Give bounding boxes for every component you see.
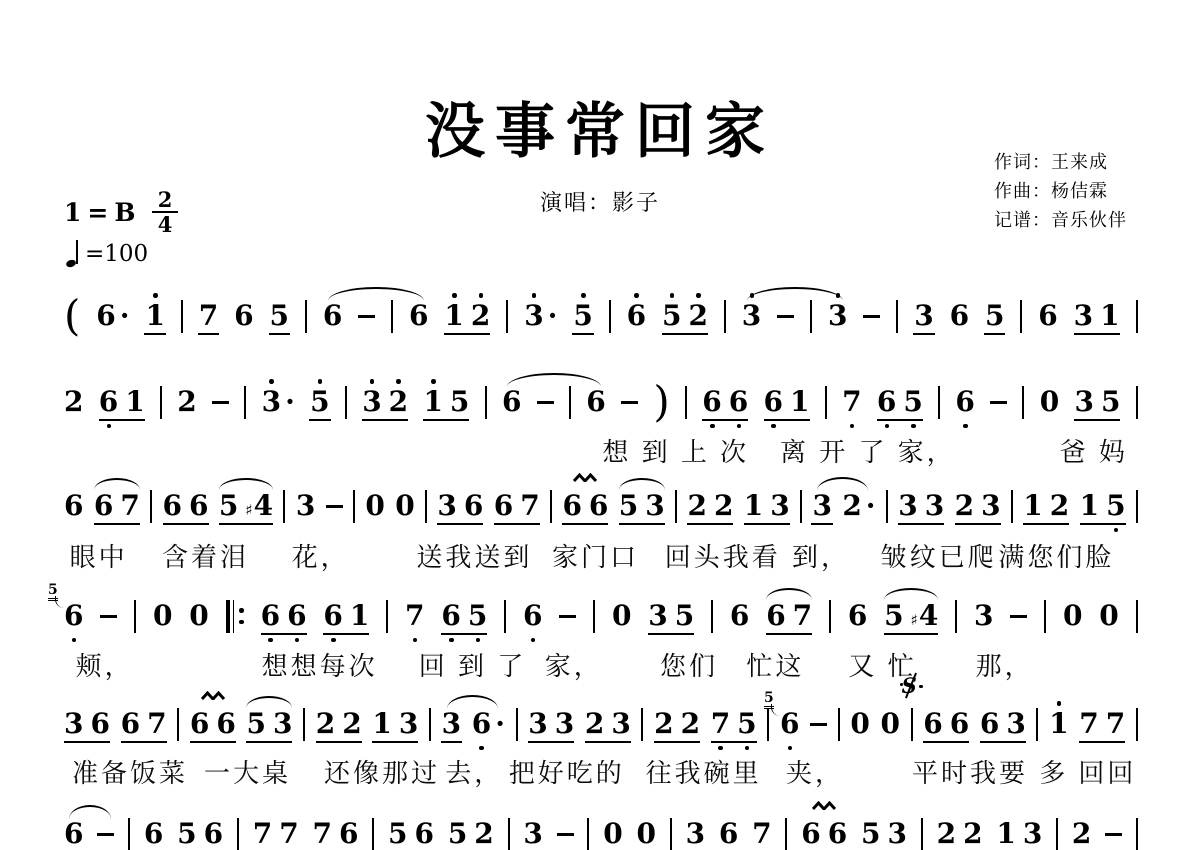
note-digit: 6 <box>494 491 513 521</box>
note: 6 <box>729 387 748 417</box>
note: 3 <box>437 491 456 521</box>
beam-group: 76 <box>312 819 358 849</box>
note-digit: 0 <box>1040 387 1059 417</box>
lyric-text: 忙这 <box>746 646 804 683</box>
octave-dot-low <box>268 638 273 643</box>
sharp-icon: ♯ <box>911 611 918 629</box>
note: 7 <box>1106 709 1125 739</box>
tie-arc <box>817 477 869 491</box>
note-digit: 7 <box>199 301 218 331</box>
bar-line <box>609 300 611 333</box>
dash-note <box>990 401 1007 404</box>
note: 0 <box>880 709 899 739</box>
note: 2 <box>64 387 83 417</box>
eighth-underline <box>121 741 167 743</box>
note-digit: 1 <box>1023 491 1042 521</box>
note: 3 <box>898 491 917 521</box>
note-digit: 6 <box>950 301 969 331</box>
note: 7 <box>1079 709 1098 739</box>
dash-note <box>537 401 554 404</box>
octave-dot-low <box>295 638 300 643</box>
note-digit: 3 <box>1023 819 1042 849</box>
beam-group: 33 <box>898 491 944 521</box>
tie-arc <box>507 373 601 387</box>
beam-group: 66 <box>923 709 969 739</box>
note-digit: 6 <box>64 491 83 521</box>
bar-line <box>550 490 552 523</box>
note-digit: 7 <box>520 491 539 521</box>
octave-dot-low <box>413 638 418 643</box>
octave-dot-low <box>911 424 916 429</box>
note: 2 <box>955 491 974 521</box>
bar-line <box>150 490 152 523</box>
tie-arc <box>447 695 499 709</box>
eighth-underline <box>572 333 593 335</box>
note-digit: 5 <box>675 601 694 631</box>
slur-arc <box>246 696 292 708</box>
note: 0 <box>395 491 414 521</box>
note-digit: 6 <box>766 601 785 631</box>
beam-group: 12 <box>444 301 490 331</box>
tremolo-icon <box>573 473 597 482</box>
note: 6 <box>415 819 434 849</box>
note: 6 <box>261 601 280 631</box>
note-digit: 1 <box>790 387 809 417</box>
note-digit: 6 <box>472 709 491 739</box>
note: 1 <box>350 601 369 631</box>
beam-group: 22 <box>316 709 362 739</box>
note-digit: 6 <box>780 709 799 739</box>
beam-group: 22 <box>687 491 733 521</box>
note-digit: 2 <box>937 819 956 849</box>
beam-group: 13 <box>996 819 1042 849</box>
beam-group: 61 <box>323 601 369 631</box>
beam-group: 33 <box>528 709 574 739</box>
note: 7 <box>279 819 298 849</box>
octave-dot-low <box>771 424 776 429</box>
beam-group: 66 <box>801 819 847 849</box>
note-digit: 2 <box>64 387 83 417</box>
dash-note <box>212 401 229 404</box>
bar-line <box>516 708 518 741</box>
note-digit: 1 <box>744 491 763 521</box>
note: 6· <box>96 301 129 331</box>
bar-line <box>1056 818 1058 850</box>
note: 5 <box>450 387 469 417</box>
note: 3 <box>399 709 418 739</box>
eighth-underline <box>198 333 219 335</box>
note-digit: 3 <box>888 819 907 849</box>
note-digit: 2 <box>689 301 708 331</box>
close-paren: ) <box>653 384 669 420</box>
eighth-underline <box>764 419 810 421</box>
note-digit: 3 <box>828 301 847 331</box>
octave-dot-high <box>431 379 436 384</box>
bar-line <box>767 708 769 741</box>
beam-group: 15 <box>1080 491 1126 521</box>
note: 3 <box>442 709 461 739</box>
note: 2 <box>585 709 604 739</box>
note: 6 <box>848 601 867 631</box>
note-digit: 6 <box>415 819 434 849</box>
beam-group: 75 <box>711 709 757 739</box>
note: 5 <box>903 387 922 417</box>
beam-group: 66 <box>190 709 236 739</box>
lyric-text: 往我碗里 <box>646 753 762 790</box>
eighth-underline <box>662 333 708 335</box>
beam-group: 31 <box>1074 301 1120 331</box>
lyric-text: 花， <box>292 537 350 574</box>
note-digit: 5 <box>985 301 1004 331</box>
beam-group: 36 <box>437 491 483 521</box>
note: 5 <box>448 819 467 849</box>
eighth-underline <box>744 523 790 525</box>
beam-group: 52 <box>662 301 708 331</box>
key-letter: B <box>114 198 135 227</box>
note: 7 <box>147 709 166 739</box>
lyric-text: 满您们脸 <box>998 537 1114 574</box>
eighth-underline <box>362 419 408 421</box>
note-digit: 4 <box>919 601 938 631</box>
octave-dot-low <box>531 638 536 643</box>
note-digit: 3 <box>611 709 630 739</box>
composer-credit: 作曲：杨佶霖 <box>994 177 1127 206</box>
note: 6 <box>730 601 749 631</box>
note: 6 <box>287 601 306 631</box>
note-digit: 5 <box>450 387 469 417</box>
note: 2 <box>342 709 361 739</box>
eighth-underline <box>323 633 369 635</box>
tie-arc <box>747 287 843 301</box>
note: 2 <box>1050 491 1069 521</box>
lyric-text: 回头我看 <box>665 537 781 574</box>
note-digit: 6 <box>94 491 113 521</box>
octave-dot-high <box>318 379 323 384</box>
bar-line <box>181 300 183 333</box>
note-digit: 5 <box>573 301 592 331</box>
grace-slur <box>771 704 780 716</box>
note-digit: 6 <box>204 819 223 849</box>
octave-dot-low <box>72 638 77 643</box>
eighth-underline <box>261 633 307 635</box>
beam-group: 66 <box>261 601 307 631</box>
lyric-text: 多 回回 <box>1039 753 1136 790</box>
note: 6 <box>562 491 581 521</box>
note: 0 <box>365 491 384 521</box>
note-digit: 0 <box>189 601 208 631</box>
note: 6 <box>204 819 223 849</box>
bar-line <box>785 818 787 850</box>
key-tonic: 1 <box>64 198 81 227</box>
note: 6 <box>828 819 847 849</box>
note: 6 <box>1038 301 1057 331</box>
tempo-marking: =100 <box>66 240 148 267</box>
eighth-underline <box>1074 333 1120 335</box>
lyricist-credit: 作词：王来成 <box>994 148 1127 177</box>
bar-line <box>593 600 595 633</box>
note: 6 <box>877 387 896 417</box>
tremolo-icon <box>201 691 225 700</box>
eighth-underline <box>219 523 273 525</box>
eighth-underline <box>1080 523 1126 525</box>
note: 3 <box>611 709 630 739</box>
note: 6 <box>99 387 118 417</box>
note-digit: 3 <box>925 491 944 521</box>
bar-line <box>670 818 672 850</box>
note-digit: 6 <box>464 491 483 521</box>
note: 2 <box>681 709 700 739</box>
note-digit: 6 <box>261 601 280 631</box>
note-digit: 5 <box>177 819 196 849</box>
octave-dot-low <box>476 638 481 643</box>
lyric-text: 回 到 了 <box>419 646 526 683</box>
note-digit: 2 <box>1050 491 1069 521</box>
note-digit: 6 <box>877 387 896 417</box>
note-digit: 6 <box>828 819 847 849</box>
note-digit: 6 <box>702 387 721 417</box>
note-digit: 6 <box>323 601 342 631</box>
note: 5 <box>388 819 407 849</box>
lyrics-row-2: 眼中含着泪花，送我送到家门口回头我看到，皱纹已爬满您们脸 <box>0 537 1200 571</box>
note-digit: 4 <box>254 491 273 521</box>
eighth-underline <box>619 523 665 525</box>
note: 6 <box>702 387 721 417</box>
note-digit: 6 <box>216 709 235 739</box>
note-digit: 6 <box>323 301 342 331</box>
octave-dot-high <box>153 293 158 298</box>
note: 3 <box>981 491 1000 521</box>
note: 2 <box>1072 819 1091 849</box>
eighth-underline <box>1079 741 1125 743</box>
beam-group: 61 <box>99 387 145 417</box>
note-digit: 7 <box>405 601 424 631</box>
note-digit: 3 <box>399 709 418 739</box>
dash-note <box>100 615 117 618</box>
bar-line <box>886 490 888 523</box>
note-digit: 7 <box>1079 709 1098 739</box>
bar-line <box>825 386 827 419</box>
note: 6 <box>766 601 785 631</box>
music-line-4: 56006661765603566765♯4300 <box>64 598 1138 634</box>
note: 0 <box>603 819 622 849</box>
lyric-text: 含着泪 <box>162 537 249 574</box>
note: 3 <box>770 491 789 521</box>
bar-line: S <box>911 708 913 741</box>
bar-line <box>508 818 510 850</box>
music-line-1: (6·176566123·565233365631 <box>64 298 1138 334</box>
dash-note <box>1105 833 1122 836</box>
note-digit: 6 <box>409 301 428 331</box>
note-digit: 6 <box>190 709 209 739</box>
grace-slur <box>55 596 64 608</box>
note-digit: 3 <box>524 301 543 331</box>
note: 6 <box>189 491 208 521</box>
note-digit: 6 <box>719 819 738 849</box>
note: 2 <box>316 709 335 739</box>
note-digit: 6 <box>163 491 182 521</box>
note-digit: 3 <box>686 819 705 849</box>
beam-group: 35 <box>1074 387 1120 417</box>
note-digit: 3 <box>648 601 667 631</box>
lyric-text: 送我送到 <box>416 537 532 574</box>
slur-arc <box>766 588 812 600</box>
tempo-value: =100 <box>85 242 148 267</box>
note-digit: 7 <box>120 491 139 521</box>
note: 6 <box>144 819 163 849</box>
note-digit: 7 <box>752 819 771 849</box>
note-digit: 7 <box>842 387 861 417</box>
eighth-underline <box>702 419 748 421</box>
note: 5 <box>861 819 880 849</box>
beam-group: 66 <box>562 491 608 521</box>
lyrics-row-1: 想 到 上 次离 开 了 家，爸 妈 <box>0 432 1200 466</box>
note-digit: 1 <box>125 387 144 417</box>
note: 2 <box>714 491 733 521</box>
note-digit: 1 <box>444 301 463 331</box>
note: 2 <box>389 387 408 417</box>
note: 6 <box>502 387 521 417</box>
note-digit: 2 <box>687 491 706 521</box>
note: 6 <box>163 491 182 521</box>
eighth-underline <box>269 333 290 335</box>
note-digit: 3 <box>296 491 315 521</box>
note: 7 <box>793 601 812 631</box>
note: 1 <box>1049 709 1068 739</box>
note: 6 <box>441 601 460 631</box>
lyric-text: 想 到 上 次 <box>602 432 749 469</box>
note: 0 <box>153 601 172 631</box>
eighth-underline <box>884 633 938 635</box>
octave-dot-high <box>479 293 484 298</box>
slur-arc <box>884 588 938 600</box>
note-digit: 6 <box>121 709 140 739</box>
note: 1 <box>996 819 1015 849</box>
dash-note <box>326 505 343 508</box>
bar-line <box>810 300 812 333</box>
eighth-underline <box>423 419 469 421</box>
dash-note <box>358 315 375 318</box>
note: 6 <box>719 819 738 849</box>
eighth-underline <box>316 741 362 743</box>
octave-dot-low <box>885 424 890 429</box>
note: 6 <box>234 301 253 331</box>
note: 3 <box>914 301 933 331</box>
note: 1 <box>145 301 164 331</box>
note: 3 <box>648 601 667 631</box>
note-digit: 6 <box>627 301 646 331</box>
note: 1 <box>444 301 463 331</box>
note-digit: 6 <box>144 819 163 849</box>
beam-group: 22 <box>654 709 700 739</box>
note-digit: 3 <box>1074 387 1093 417</box>
lyric-text: 家， <box>545 646 603 683</box>
note: 6 <box>980 709 999 739</box>
note: 6 <box>764 387 783 417</box>
note: 5 <box>246 709 265 739</box>
note: 5 <box>985 301 1004 331</box>
note: 6 <box>409 301 428 331</box>
eighth-underline <box>444 333 490 335</box>
note-digit: 5 <box>219 491 238 521</box>
note-digit: 3 <box>362 387 381 417</box>
slur-arc <box>94 478 140 490</box>
note-digit: 0 <box>1063 601 1082 631</box>
note-digit: 7 <box>147 709 166 739</box>
slur-arc <box>219 478 273 490</box>
note-digit: 7 <box>279 819 298 849</box>
beam-group: 5♯4 <box>219 491 273 521</box>
note: 2 <box>471 301 490 331</box>
eighth-underline <box>980 741 1026 743</box>
beam-group: 53 <box>861 819 907 849</box>
eighth-underline <box>1074 419 1120 421</box>
note: 5 <box>662 301 681 331</box>
note: 0 <box>1063 601 1082 631</box>
octave-dot-low <box>850 424 855 429</box>
beam-group: 53 <box>619 491 665 521</box>
note: 7 <box>711 709 730 739</box>
eighth-underline <box>372 741 418 743</box>
note-digit: 6 <box>339 819 358 849</box>
note-digit: 1 <box>145 301 164 331</box>
note-digit: 3 <box>528 709 547 739</box>
note-digit: 6 <box>980 709 999 739</box>
bar-line <box>711 600 713 633</box>
note: 5 <box>573 301 592 331</box>
note: 0 <box>637 819 656 849</box>
note: 3 <box>555 709 574 739</box>
note: 3 <box>362 387 381 417</box>
beam-group: 32 <box>362 387 408 417</box>
notation-credit: 记谱：音乐伙伴 <box>994 206 1127 235</box>
music-line-2: 26123·5321566)66617656035 <box>64 384 1138 420</box>
octave-dot-low <box>963 424 968 429</box>
music-line-3: 667665♯430036676653221332·33231215 <box>64 488 1138 524</box>
note-digit: 3 <box>437 491 456 521</box>
bar-line <box>353 490 355 523</box>
bar-line <box>1136 818 1138 850</box>
note: 3 <box>888 819 907 849</box>
note-digit: 3 <box>981 491 1000 521</box>
note-digit: 2 <box>177 387 196 417</box>
bar-line <box>685 386 687 419</box>
note-digit: 6 <box>764 387 783 417</box>
note: 3 <box>645 491 664 521</box>
beam-group: 56 <box>177 819 223 849</box>
note-digit: 3 <box>1074 301 1093 331</box>
open-paren: ( <box>64 298 80 334</box>
note-digit: 7 <box>711 709 730 739</box>
octave-dot-low <box>788 746 793 751</box>
note-digit: 6 <box>441 601 460 631</box>
repeat-start-bar <box>226 600 244 633</box>
note: 3 <box>974 601 993 631</box>
note-digit: 0 <box>153 601 172 631</box>
note: 0 <box>189 601 208 631</box>
note: 3 <box>686 819 705 849</box>
note-digit: 3 <box>898 491 917 521</box>
note: 5 <box>675 601 694 631</box>
note-digit: 3 <box>645 491 664 521</box>
note: 7 <box>312 819 331 849</box>
dash-note <box>557 833 574 836</box>
note: 2· <box>842 491 875 521</box>
eighth-underline <box>687 523 733 525</box>
note-digit: 3 <box>523 819 542 849</box>
note: 6 <box>923 709 942 739</box>
bar-line <box>938 386 940 419</box>
eighth-underline <box>144 333 165 335</box>
